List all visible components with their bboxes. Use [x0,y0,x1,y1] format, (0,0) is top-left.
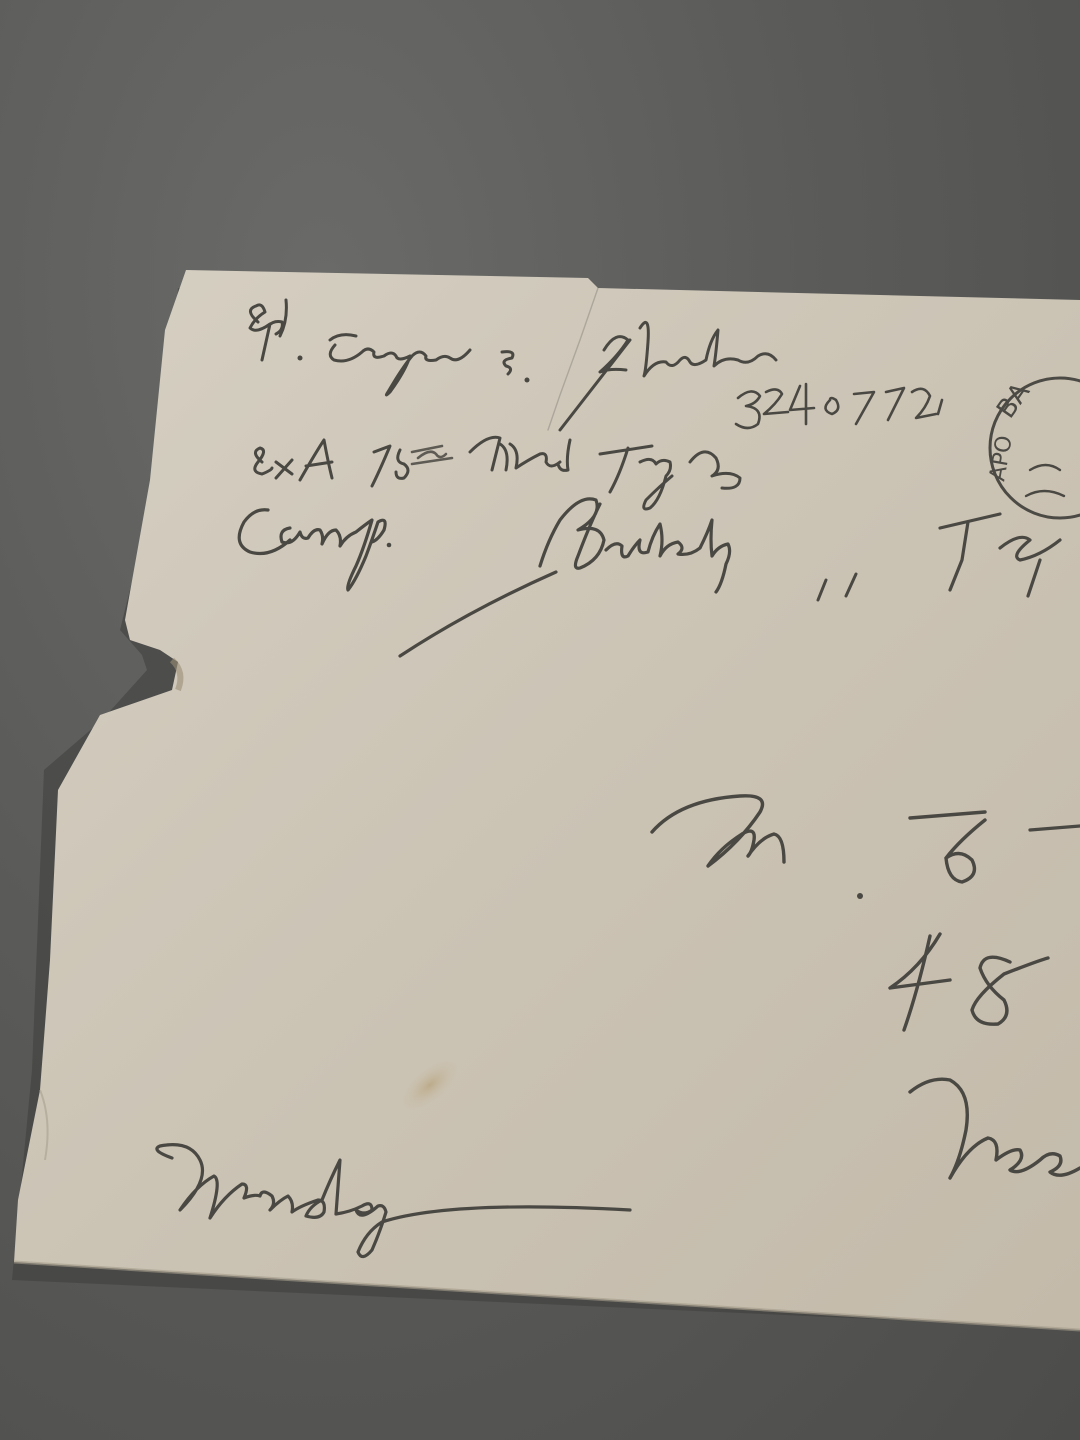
envelope-paper [14,270,1080,1330]
envelope-photo: BA APO [0,0,1080,1440]
